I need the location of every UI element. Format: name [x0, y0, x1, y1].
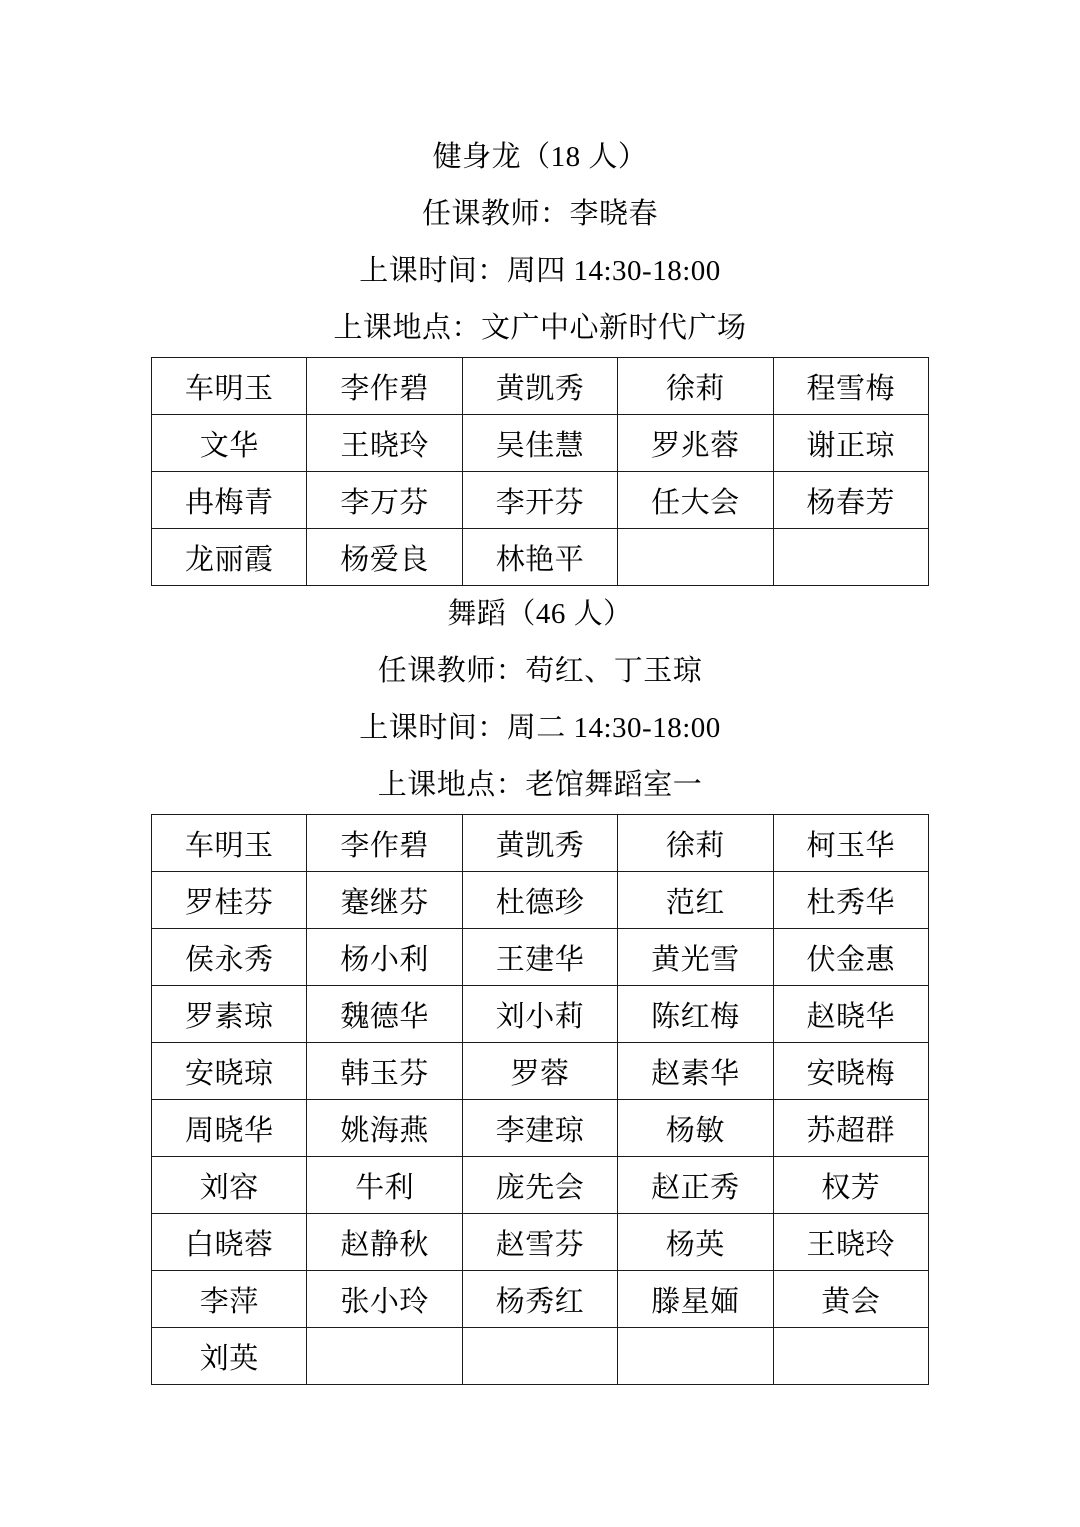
- name-cell: 徐莉: [618, 358, 773, 415]
- table-row: 刘英: [152, 1328, 929, 1385]
- name-cell: 吴佳慧: [462, 415, 617, 472]
- table-row: 罗素琼 魏德华 刘小莉 陈红梅 赵晓华: [152, 986, 929, 1043]
- table-row: 侯永秀 杨小利 王建华 黄光雪 伏金惠: [152, 929, 929, 986]
- roster-table-jianshenlong: 车明玉 李作碧 黄凯秀 徐莉 程雪梅 文华 王晓玲 吴佳慧 罗兆蓉 谢正琼: [151, 357, 929, 586]
- section-wudao: 舞蹈（46 人） 任课教师：苟红、丁玉琼 上课时间：周二 14:30-18:00…: [151, 586, 929, 1385]
- name-cell: 姚海燕: [307, 1100, 462, 1157]
- table-row: 文华 王晓玲 吴佳慧 罗兆蓉 谢正琼: [152, 415, 929, 472]
- time-line: 上课时间：周二 14:30-18:00: [151, 700, 929, 757]
- name-cell: 任大会: [618, 472, 773, 529]
- name-cell: 李建琼: [462, 1100, 617, 1157]
- name-cell: 黄凯秀: [462, 815, 617, 872]
- location-line: 上课地点：老馆舞蹈室一: [151, 757, 929, 814]
- name-cell: 白晓蓉: [152, 1214, 307, 1271]
- name-cell: 罗蓉: [462, 1043, 617, 1100]
- name-cell: 刘小莉: [462, 986, 617, 1043]
- name-cell: 庞先会: [462, 1157, 617, 1214]
- name-cell: 赵晓华: [773, 986, 928, 1043]
- table-row: 罗桂芬 蹇继芬 杜德珍 范红 杜秀华: [152, 872, 929, 929]
- name-cell: 林艳平: [462, 529, 617, 586]
- teacher-line: 任课教师：苟红、丁玉琼: [151, 643, 929, 700]
- name-cell: 龙丽霞: [152, 529, 307, 586]
- name-cell: 王晓玲: [307, 415, 462, 472]
- table-row: 车明玉 李作碧 黄凯秀 徐莉 程雪梅: [152, 358, 929, 415]
- table-row: 车明玉 李作碧 黄凯秀 徐莉 柯玉华: [152, 815, 929, 872]
- time-line: 上课时间：周四 14:30-18:00: [151, 243, 929, 300]
- name-cell: 罗素琼: [152, 986, 307, 1043]
- name-cell: 冉梅青: [152, 472, 307, 529]
- table-row: 冉梅青 李万芬 李开芬 任大会 杨春芳: [152, 472, 929, 529]
- name-cell: [773, 529, 928, 586]
- name-cell: 蹇继芬: [307, 872, 462, 929]
- name-cell: 杨春芳: [773, 472, 928, 529]
- name-cell: 滕星媔: [618, 1271, 773, 1328]
- name-cell: [307, 1328, 462, 1385]
- name-cell: 魏德华: [307, 986, 462, 1043]
- name-cell: 赵正秀: [618, 1157, 773, 1214]
- name-cell: 程雪梅: [773, 358, 928, 415]
- name-cell: 牛利: [307, 1157, 462, 1214]
- name-cell: 杨小利: [307, 929, 462, 986]
- name-cell: 苏超群: [773, 1100, 928, 1157]
- table-row: 白晓蓉 赵静秋 赵雪芬 杨英 王晓玲: [152, 1214, 929, 1271]
- name-cell: 周晓华: [152, 1100, 307, 1157]
- name-cell: 权芳: [773, 1157, 928, 1214]
- name-cell: 侯永秀: [152, 929, 307, 986]
- name-cell: 李作碧: [307, 815, 462, 872]
- name-cell: 张小玲: [307, 1271, 462, 1328]
- table-row: 周晓华 姚海燕 李建琼 杨敏 苏超群: [152, 1100, 929, 1157]
- name-cell: 杨秀红: [462, 1271, 617, 1328]
- name-cell: 王建华: [462, 929, 617, 986]
- name-cell: 韩玉芬: [307, 1043, 462, 1100]
- teacher-line: 任课教师：李晓春: [151, 186, 929, 243]
- name-cell: [773, 1328, 928, 1385]
- name-cell: 杨英: [618, 1214, 773, 1271]
- name-cell: 王晓玲: [773, 1214, 928, 1271]
- name-cell: 刘英: [152, 1328, 307, 1385]
- name-cell: 柯玉华: [773, 815, 928, 872]
- name-cell: 杜秀华: [773, 872, 928, 929]
- name-cell: 黄会: [773, 1271, 928, 1328]
- name-cell: 车明玉: [152, 358, 307, 415]
- name-cell: 李作碧: [307, 358, 462, 415]
- name-cell: 车明玉: [152, 815, 307, 872]
- name-cell: 黄光雪: [618, 929, 773, 986]
- name-cell: 杨敏: [618, 1100, 773, 1157]
- name-cell: 安晓琼: [152, 1043, 307, 1100]
- name-cell: 杜德珍: [462, 872, 617, 929]
- name-cell: 杨爱良: [307, 529, 462, 586]
- section-jianshenlong: 健身龙（18 人） 任课教师：李晓春 上课时间：周四 14:30-18:00 上…: [151, 129, 929, 586]
- name-cell: 伏金惠: [773, 929, 928, 986]
- document-page: 健身龙（18 人） 任课教师：李晓春 上课时间：周四 14:30-18:00 上…: [0, 0, 1080, 1527]
- section-title: 舞蹈（46 人）: [151, 586, 929, 643]
- roster-table-wudao: 车明玉 李作碧 黄凯秀 徐莉 柯玉华 罗桂芬 蹇继芬 杜德珍 范红 杜秀华: [151, 814, 929, 1385]
- name-cell: 陈红梅: [618, 986, 773, 1043]
- name-cell: [618, 529, 773, 586]
- name-cell: 李萍: [152, 1271, 307, 1328]
- name-cell: 范红: [618, 872, 773, 929]
- table-row: 李萍 张小玲 杨秀红 滕星媔 黄会: [152, 1271, 929, 1328]
- name-cell: 罗桂芬: [152, 872, 307, 929]
- name-cell: [618, 1328, 773, 1385]
- name-cell: 赵雪芬: [462, 1214, 617, 1271]
- table-row: 安晓琼 韩玉芬 罗蓉 赵素华 安晓梅: [152, 1043, 929, 1100]
- table-row: 刘容 牛利 庞先会 赵正秀 权芳: [152, 1157, 929, 1214]
- name-cell: 安晓梅: [773, 1043, 928, 1100]
- name-cell: 李开芬: [462, 472, 617, 529]
- table-row: 龙丽霞 杨爱良 林艳平: [152, 529, 929, 586]
- document-content: 健身龙（18 人） 任课教师：李晓春 上课时间：周四 14:30-18:00 上…: [151, 0, 929, 1385]
- name-cell: 文华: [152, 415, 307, 472]
- section-title: 健身龙（18 人）: [151, 129, 929, 186]
- name-cell: 黄凯秀: [462, 358, 617, 415]
- location-line: 上课地点：文广中心新时代广场: [151, 300, 929, 357]
- name-cell: 赵素华: [618, 1043, 773, 1100]
- name-cell: 罗兆蓉: [618, 415, 773, 472]
- name-cell: [462, 1328, 617, 1385]
- name-cell: 刘容: [152, 1157, 307, 1214]
- name-cell: 李万芬: [307, 472, 462, 529]
- name-cell: 谢正琼: [773, 415, 928, 472]
- name-cell: 徐莉: [618, 815, 773, 872]
- name-cell: 赵静秋: [307, 1214, 462, 1271]
